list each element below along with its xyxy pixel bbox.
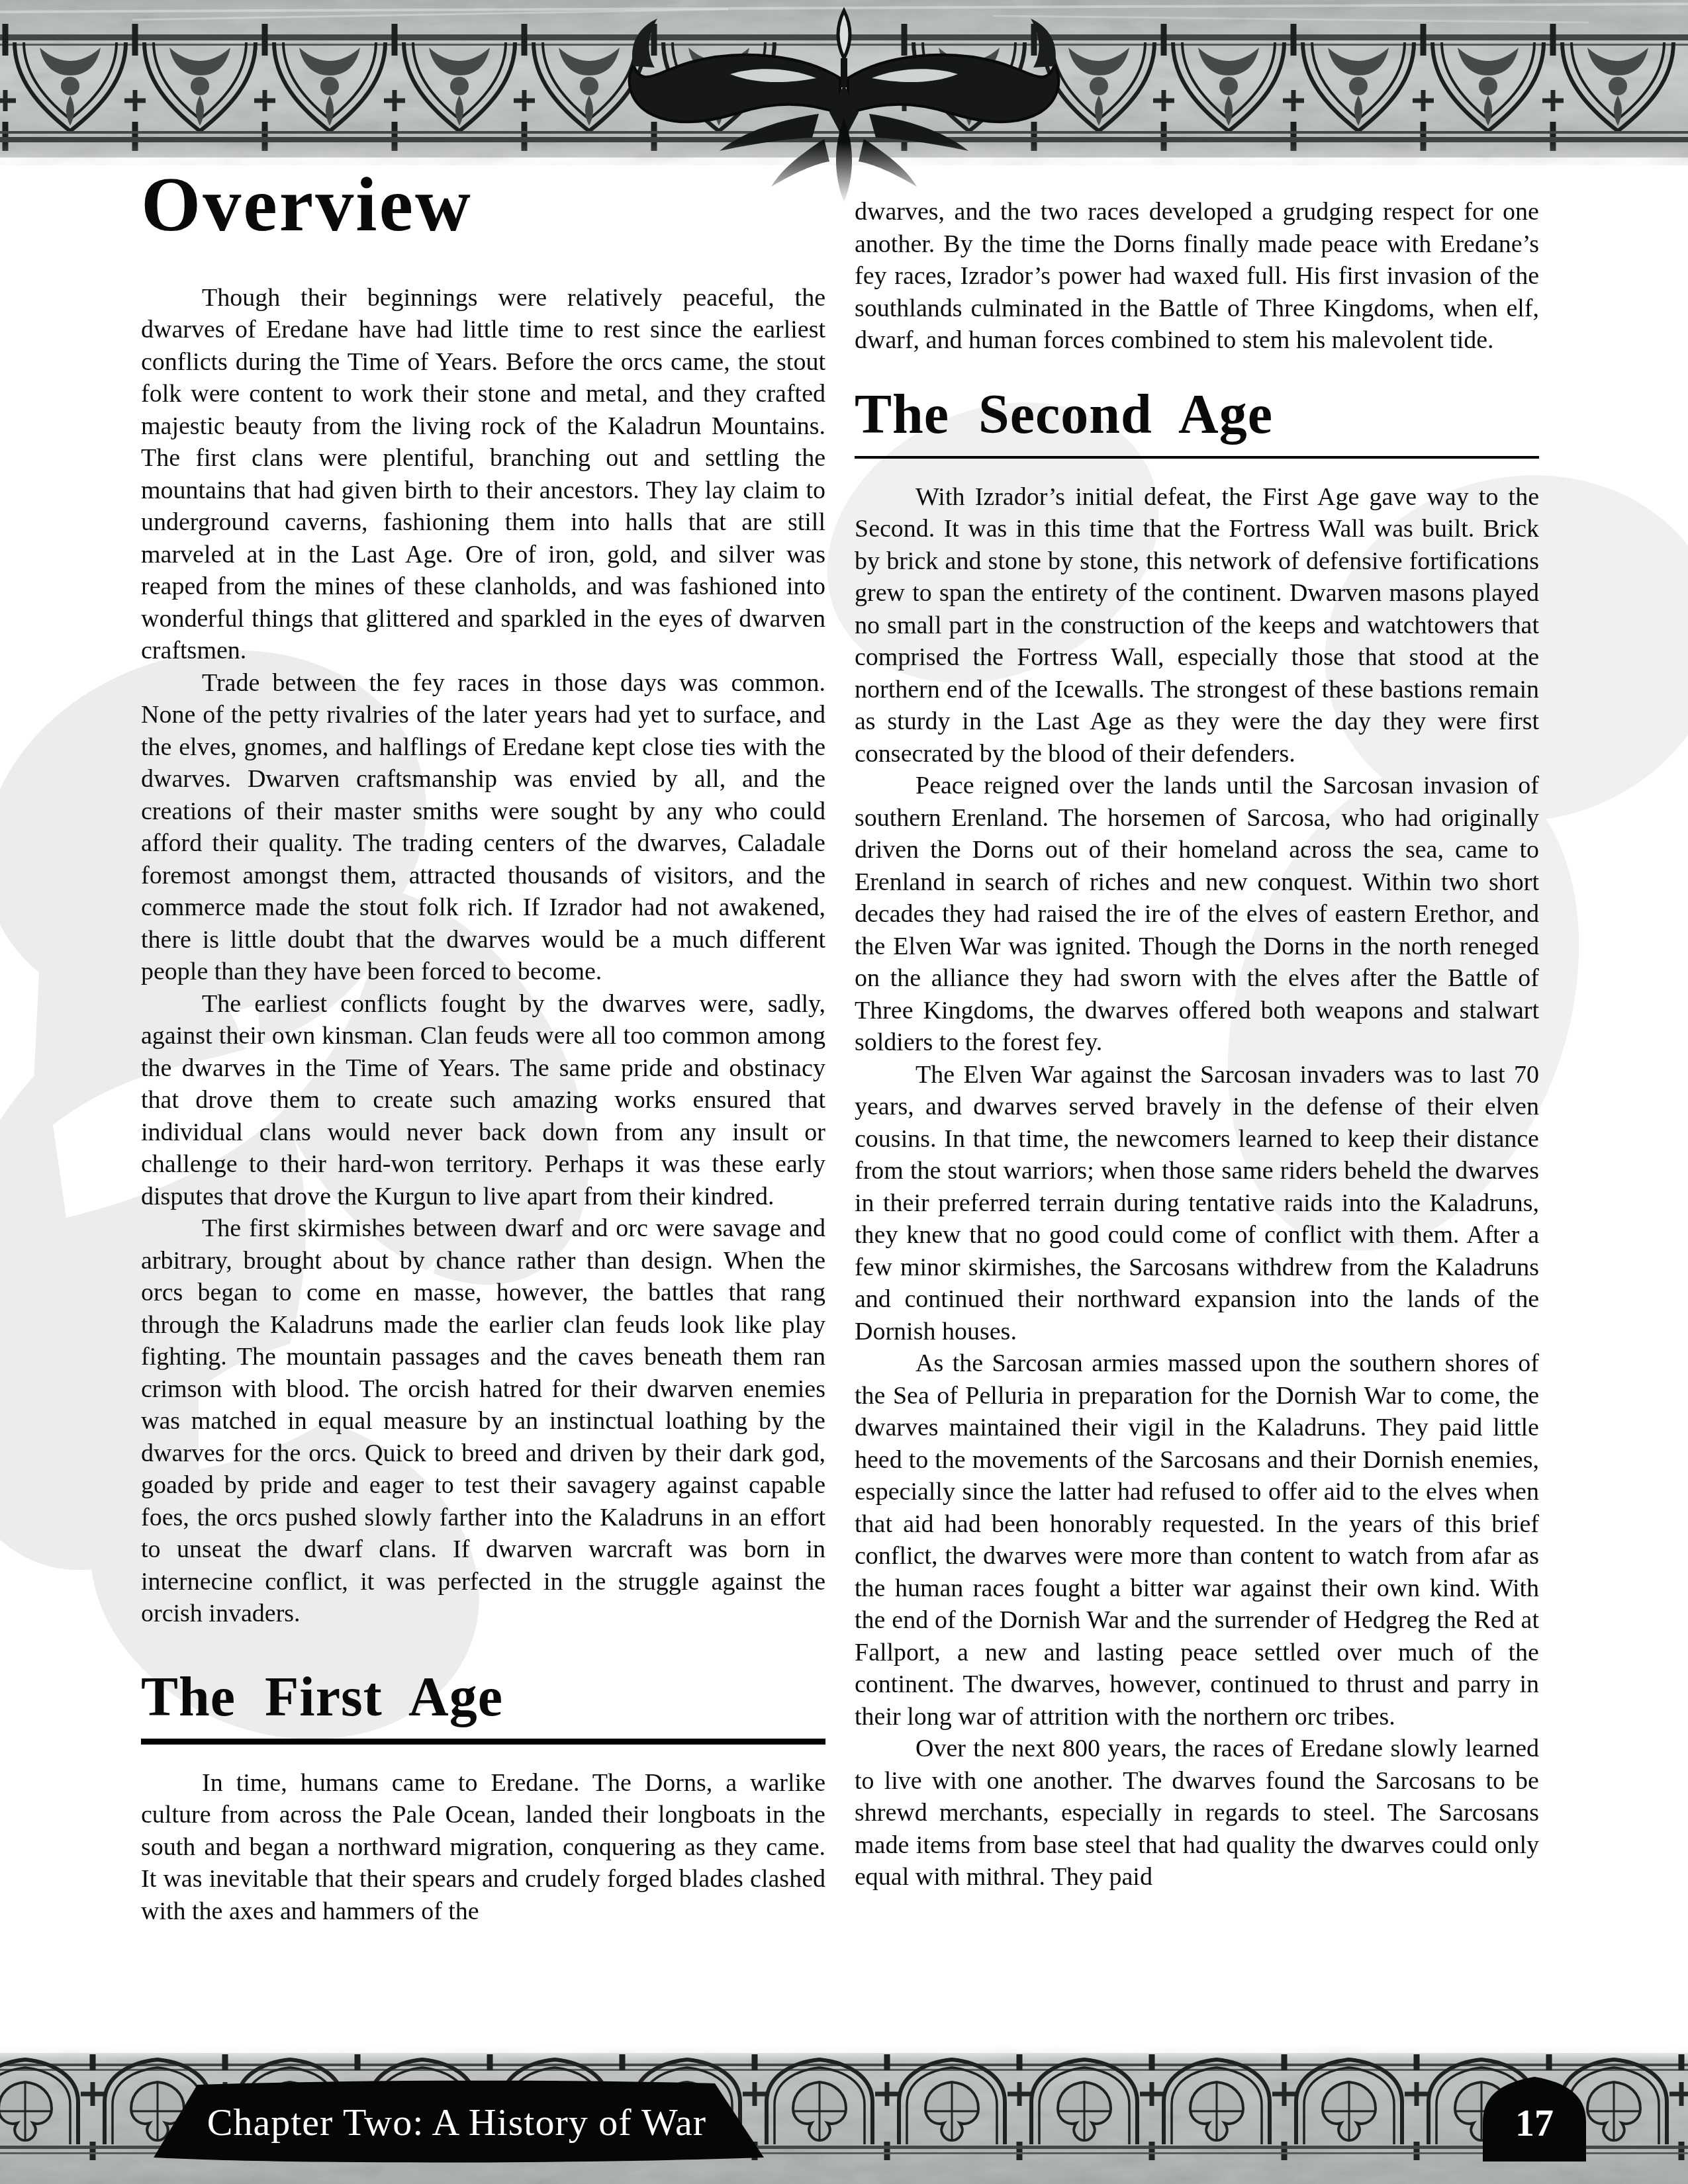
overview-paragraph-3: The earliest conflicts fought by the dwa… bbox=[141, 988, 825, 1213]
chapter-footer-title: Chapter Two: A History of War bbox=[165, 2089, 748, 2156]
book-page: Overview Though their beginnings were re… bbox=[0, 0, 1688, 2184]
overview-paragraph-1: Though their beginnings were relatively … bbox=[141, 282, 825, 667]
second-age-paragraph-1: With Izrador’s initial defeat, the First… bbox=[855, 481, 1539, 770]
tracery-row bbox=[0, 24, 1673, 151]
first-age-paragraph-1: In time, humans came to Eredane. The Dor… bbox=[141, 1767, 825, 1928]
second-age-paragraph-4: As the Sarcosan armies massed upon the s… bbox=[855, 1347, 1539, 1733]
section-heading-second-age: The Second Age bbox=[855, 386, 1539, 459]
section-heading-first-age: The First Age bbox=[141, 1668, 825, 1745]
first-age-continuation-paragraph: dwarves, and the two races developed a g… bbox=[855, 196, 1539, 357]
page-number: 17 bbox=[1483, 2090, 1586, 2156]
second-age-paragraph-2: Peace reigned over the lands until the S… bbox=[855, 770, 1539, 1059]
overview-paragraph-4: The first skirmishes between dwarf and o… bbox=[141, 1212, 825, 1630]
left-column: Overview Though their beginnings were re… bbox=[141, 165, 825, 1927]
second-age-paragraph-5: Over the next 800 years, the races of Er… bbox=[855, 1733, 1539, 1893]
overview-paragraph-2: Trade between the fey races in those day… bbox=[141, 667, 825, 988]
right-column: dwarves, and the two races developed a g… bbox=[855, 165, 1539, 1927]
page-title: Overview bbox=[141, 165, 825, 246]
second-age-paragraph-3: The Elven War against the Sarcosan invad… bbox=[855, 1059, 1539, 1348]
text-columns: Overview Though their beginnings were re… bbox=[141, 165, 1539, 1927]
